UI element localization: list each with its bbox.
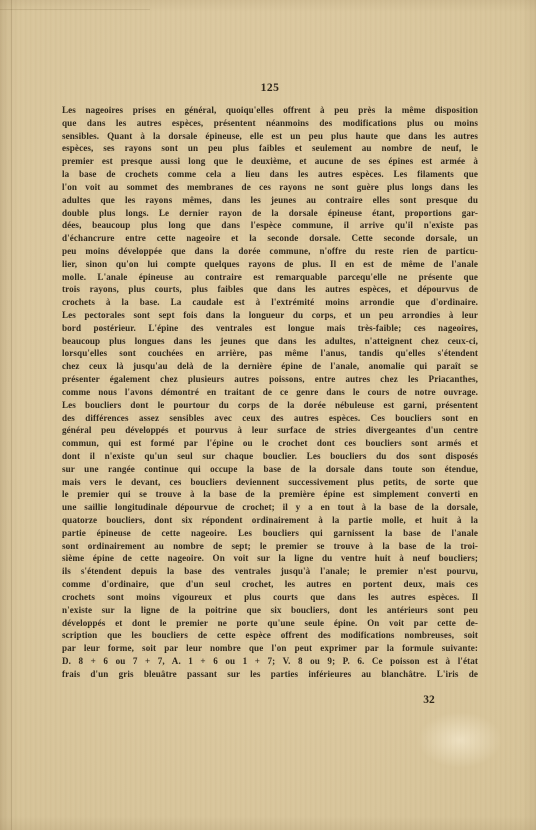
text-line: sensibles. Quant à la dorsale épineuse, … xyxy=(62,130,478,143)
text-line: Les pectorales sont sept fois dans la lo… xyxy=(62,309,478,322)
text-line: bord postérieur. L'épine des ventrales e… xyxy=(62,322,478,335)
text-line: lorsqu'elles sont couchées en arrière, p… xyxy=(62,347,478,360)
text-line: des différences assez sensibles avec ceu… xyxy=(62,412,478,425)
text-line: mais vers le devant, ces boucliers devie… xyxy=(62,476,478,489)
text-line: dées, beaucoup plus long que dans l'espè… xyxy=(62,219,478,232)
text-line: sur une rangée continue qui occupe la ba… xyxy=(62,463,478,476)
page-number: 125 xyxy=(62,82,478,94)
text-line: espèces, ses rayons sont un peu plus fai… xyxy=(62,142,478,155)
text-line: peu moins développée que dans la dorée c… xyxy=(62,245,478,258)
text-line: le premier qui se trouve à la base de la… xyxy=(62,488,478,501)
text-line: général peu développés et pourvus à leur… xyxy=(62,424,478,437)
text-line: crochets à la base. La caudale est à l'e… xyxy=(62,296,478,309)
text-line: double plus longs. Le dernier rayon de l… xyxy=(62,207,478,220)
text-line: l'on voit au sommet des membranes de ces… xyxy=(62,181,478,194)
top-edge-line xyxy=(0,9,150,10)
text-line: chez ceux là jusqu'au delà de la dernièr… xyxy=(62,360,478,373)
text-line: comme d'ordinaire, que d'un seul crochet… xyxy=(62,578,478,591)
text-line: commun, qui est formé par l'épine ou le … xyxy=(62,437,478,450)
text-line: trois rayons, plus courts, plus faibles … xyxy=(62,283,478,296)
text-line: lier, sinon qu'on lui compte quelques ra… xyxy=(62,258,478,271)
scanned-page: 125 Les nageoires prises en général, quo… xyxy=(0,0,536,830)
text-line: quatorze boucliers, dont six répondent o… xyxy=(62,514,478,527)
text-line: frais d'un gris bleuâtre passant sur les… xyxy=(62,668,478,681)
text-line: premier est presque aussi long que le de… xyxy=(62,155,478,168)
body-text: Les nageoires prises en général, quoiqu'… xyxy=(62,104,478,681)
text-line: beaucoup plus longues dans les jeunes qu… xyxy=(62,335,478,348)
text-line: développés et dont le premier ne porte q… xyxy=(62,617,478,630)
text-line: adultes que les rayons mêmes, dans les j… xyxy=(62,194,478,207)
text-line: comme nous l'avons démontré en traitant … xyxy=(62,386,478,399)
text-line: la base de crochets comme cela a lieu da… xyxy=(62,168,478,181)
text-line: Les boucliers dont le pourtour du corps … xyxy=(62,399,478,412)
left-crease-line xyxy=(11,0,12,830)
text-line: molle. L'anale épineuse au contraire est… xyxy=(62,271,478,284)
text-line: sont ordinairement au nombre de sept; le… xyxy=(62,540,478,553)
text-line: D. 8 + 6 ou 7 + 7, A. 1 + 6 ou 1 + 7; V.… xyxy=(62,655,478,668)
text-line: d'échancrure entre cette nageoire et la … xyxy=(62,232,478,245)
text-line: ils s'étendent depuis la base des ventra… xyxy=(62,565,478,578)
text-line: une saillie longitudinale dépourvue de c… xyxy=(62,501,478,514)
signature-mark: 32 xyxy=(412,694,446,706)
text-line: présenter également chez plusieurs autre… xyxy=(62,373,478,386)
text-line: que dans les autres espèces, présentent … xyxy=(62,117,478,130)
text-line: sième épine de cette nageoire. On voit s… xyxy=(62,552,478,565)
text-line: par leur forme, soit par leur nombre que… xyxy=(62,642,478,655)
text-line: crochets sont moins vigoureux et plus co… xyxy=(62,591,478,604)
text-line: scription que les boucliers de cette esp… xyxy=(62,629,478,642)
text-line: Les nageoires prises en général, quoiqu'… xyxy=(62,104,478,117)
text-line: n'existe sur la ligne de la poitrine que… xyxy=(62,604,478,617)
text-line: dont il n'existe qu'un seul sur chaque b… xyxy=(62,450,478,463)
text-line: partie épineuse de cette nageoire. Les b… xyxy=(62,527,478,540)
